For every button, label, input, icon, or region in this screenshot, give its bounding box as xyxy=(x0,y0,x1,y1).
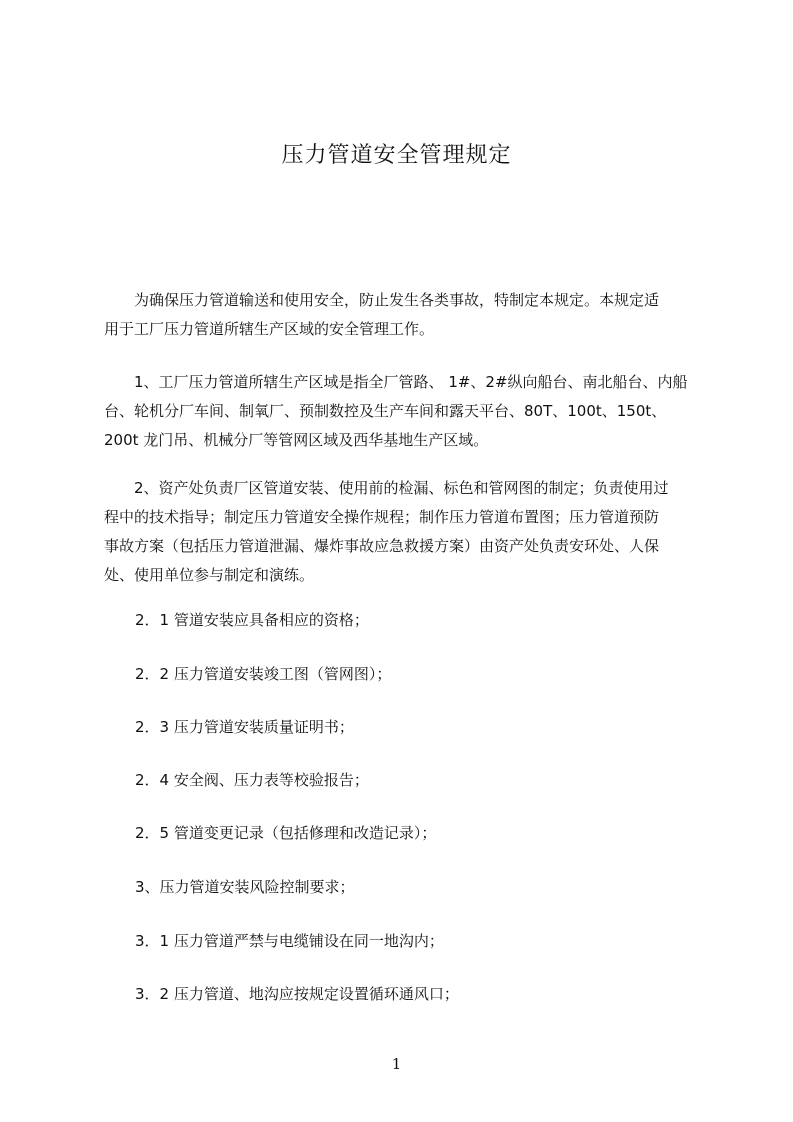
document-title: 压力管道安全管理规定 xyxy=(0,140,793,172)
section-1-paragraph: 1、工厂压力管道所辖生产区域是指全厂管路、 1#、2#纵向船台、南北船台、内船 … xyxy=(104,368,706,455)
section-2-paragraph: 2、资产处负责厂区管道安装、使用前的检漏、标色和管网图的制定；负责使用过 程中的… xyxy=(104,474,706,590)
list-item-2-1: 2．1 管道安装应具备相应的资格； xyxy=(135,609,369,631)
section-2-line: 处、使用单位参与制定和演练。 xyxy=(104,561,706,590)
section-2-line: 2、资产处负责厂区管道安装、使用前的检漏、标色和管网图的制定；负责使用过 xyxy=(104,474,706,503)
section-1-line: 200t 龙门吊、机械分厂等管网区域及西华基地生产区域。 xyxy=(104,426,706,455)
section-2-line: 程中的技术指导；制定压力管道安全操作规程；制作压力管道布置图；压力管道预防 xyxy=(104,503,706,532)
intro-paragraph: 为确保压力管道输送和使用安全，防止发生各类事故，特制定本规定。本规定适 用于工厂… xyxy=(104,286,706,344)
list-item-2-3: 2．3 压力管道安装质量证明书； xyxy=(135,716,354,738)
list-item-3-1: 3．1 压力管道严禁与电缆铺设在同一地沟内； xyxy=(135,930,444,952)
intro-line: 用于工厂压力管道所辖生产区域的安全管理工作。 xyxy=(104,315,706,344)
list-item-3-2: 3．2 压力管道、地沟应按规定设置循环通风口； xyxy=(135,983,459,1005)
list-item-3: 3、压力管道安装风险控制要求； xyxy=(135,876,355,898)
section-1-line: 台、轮机分厂车间、制氧厂、预制数控及生产车间和露天平台、80T、100t、150… xyxy=(104,397,706,426)
list-item-2-5: 2．5 管道变更记录（包括修理和改造记录）； xyxy=(135,822,436,844)
intro-line: 为确保压力管道输送和使用安全，防止发生各类事故，特制定本规定。本规定适 xyxy=(104,286,706,315)
section-2-line: 事故方案（包括压力管道泄漏、爆炸事故应急救援方案）由资产处负责安环处、人保 xyxy=(104,532,706,561)
list-item-2-2: 2．2 压力管道安装竣工图（管网图）； xyxy=(135,663,391,685)
list-item-2-4: 2．4 安全阀、压力表等校验报告； xyxy=(135,769,369,791)
page-number: 1 xyxy=(0,1054,793,1074)
section-1-line: 1、工厂压力管道所辖生产区域是指全厂管路、 1#、2#纵向船台、南北船台、内船 xyxy=(104,368,706,397)
document-page: 压力管道安全管理规定 为确保压力管道输送和使用安全，防止发生各类事故，特制定本规… xyxy=(0,0,793,1122)
